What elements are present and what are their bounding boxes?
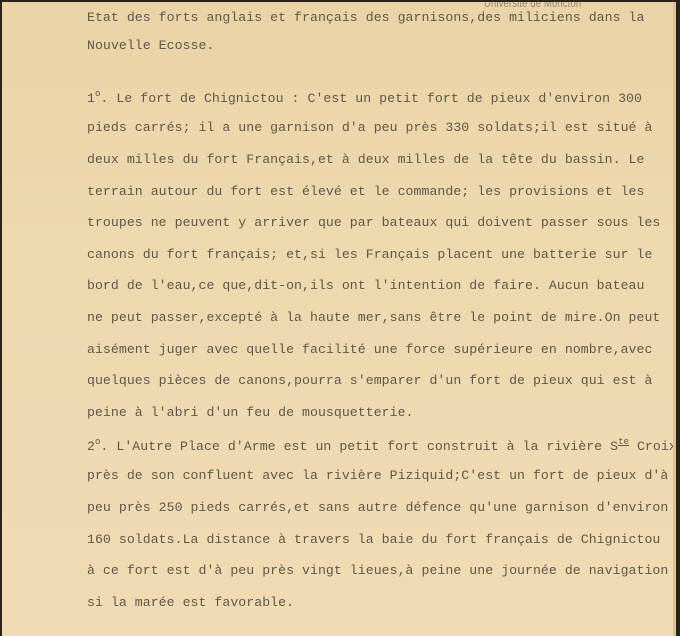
document-page: Universite de Moncton Etat des forts ang…	[2, 2, 676, 636]
superscript-te: te	[618, 437, 629, 447]
body-line: 160 soldats.La distance à travers la bai…	[87, 532, 660, 547]
body-line: canons du fort français; et,si les Franç…	[87, 247, 652, 262]
section-2-first-line: 2o. L'Autre Place d'Arme est un petit fo…	[87, 437, 676, 454]
section-number: 1	[87, 91, 95, 106]
library-stamp: Universite de Moncton	[484, 2, 581, 10]
body-line: peu près 250 pieds carrés,et sans autre …	[87, 500, 668, 515]
title-line: Nouvelle Ecosse.	[87, 38, 214, 53]
body-line: pieds carrés; il a une garnison d'a peu …	[87, 120, 652, 135]
section-text: . L'Autre Place d'Arme est un petit fort…	[100, 439, 618, 454]
body-line: quelques pièces de canons,pourra s'empar…	[87, 373, 652, 388]
section-1-first-line: 1o. Le fort de Chignictou : C'est un pet…	[87, 89, 642, 106]
section-number: 2	[87, 439, 95, 454]
body-line: deux milles du fort Français,et à deux m…	[87, 152, 644, 167]
body-line: si la marée est favorable.	[87, 595, 294, 610]
body-line: à ce fort est d'à peu près vingt lieues,…	[87, 563, 668, 578]
section-text: Croix	[629, 439, 676, 454]
body-line: près de son confluent avec la rivière Pi…	[87, 468, 668, 483]
body-line: terrain autour du fort est élevé et le c…	[87, 184, 644, 199]
title-line: Etat des forts anglais et français des g…	[87, 10, 644, 25]
section-text: . Le fort de Chignictou : C'est un petit…	[100, 91, 642, 106]
body-line: bord de l'eau,ce que,dit-on,ils ont l'in…	[87, 278, 644, 293]
body-line: peine à l'abri d'un feu de mousquetterie…	[87, 405, 414, 420]
body-line: ne peut passer,excepté à la haute mer,sa…	[87, 310, 660, 325]
body-line: troupes ne peuvent y arriver que par bat…	[87, 215, 660, 230]
body-line: aisément juger avec quelle facilité une …	[87, 342, 652, 357]
